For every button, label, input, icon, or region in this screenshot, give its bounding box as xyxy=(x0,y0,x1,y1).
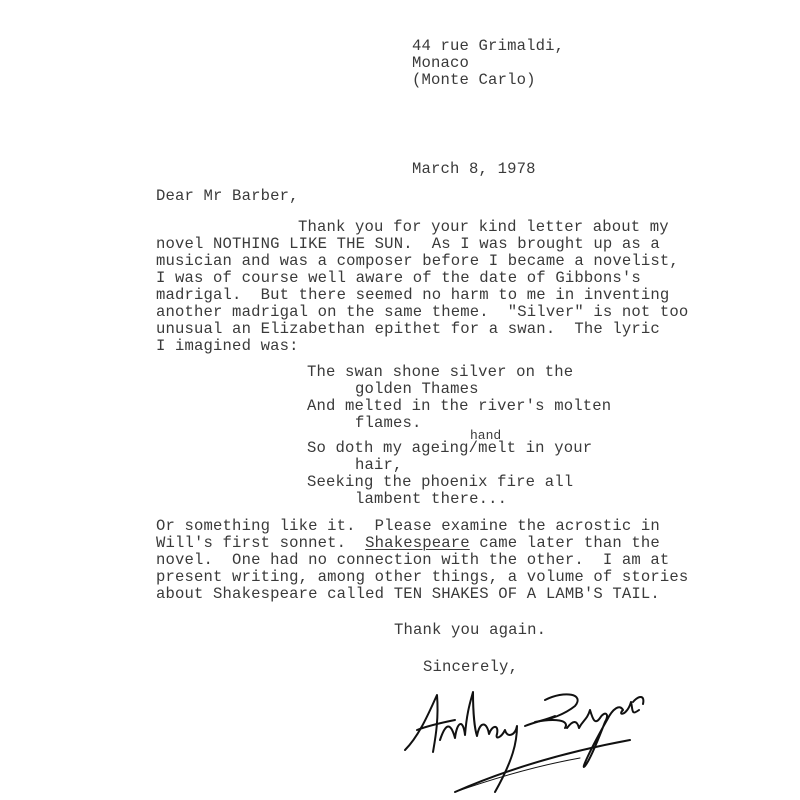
text-line: unusual an Elizabethan epithet for a swa… xyxy=(156,321,660,338)
verse-line: flames. xyxy=(355,415,422,432)
text-line: I imagined was: xyxy=(156,338,299,355)
text-line: novel. One had no connection with the ot… xyxy=(156,552,669,569)
text-line: Or something like it. Please examine the… xyxy=(156,518,660,535)
closing-sincerely: Sincerely, xyxy=(423,659,518,676)
address-line: 44 rue Grimaldi, xyxy=(412,38,564,55)
closing-thanks: Thank you again. xyxy=(394,622,546,639)
verse-line: golden Thames xyxy=(355,381,479,398)
text-line: novel NOTHING LIKE THE SUN. As I was bro… xyxy=(156,236,660,253)
text-line: present writing, among other things, a v… xyxy=(156,569,688,586)
handwritten-signature xyxy=(395,680,655,800)
verse-line: lambent there... xyxy=(355,491,507,508)
underlined-word: Shakespeare xyxy=(365,534,470,552)
text-segment: Will's first sonnet. xyxy=(156,534,365,552)
text-segment: came later than the xyxy=(470,534,660,552)
text-line: madrigal. But there seemed no harm to me… xyxy=(156,287,669,304)
verse-line: The swan shone silver on the xyxy=(307,364,573,381)
text-line: another madrigal on the same theme. "Sil… xyxy=(156,304,688,321)
letter-date: March 8, 1978 xyxy=(412,161,536,178)
address-line: Monaco xyxy=(412,55,469,72)
verse-line: And melted in the river's molten xyxy=(307,398,611,415)
text-line: about Shakespeare called TEN SHAKES OF A… xyxy=(156,586,660,603)
address-line: (Monte Carlo) xyxy=(412,72,536,89)
verse-line: hair, xyxy=(355,457,403,474)
text-line: musician and was a composer before I bec… xyxy=(156,253,679,270)
salutation: Dear Mr Barber, xyxy=(156,188,299,205)
verse-line: So doth my ageing/melt in your xyxy=(307,440,592,457)
text-line: I was of course well aware of the date o… xyxy=(156,270,641,287)
text-line: Thank you for your kind letter about my xyxy=(298,219,669,236)
verse-line: Seeking the phoenix fire all xyxy=(307,474,573,491)
text-line: Will's first sonnet. Shakespeare came la… xyxy=(156,535,660,552)
